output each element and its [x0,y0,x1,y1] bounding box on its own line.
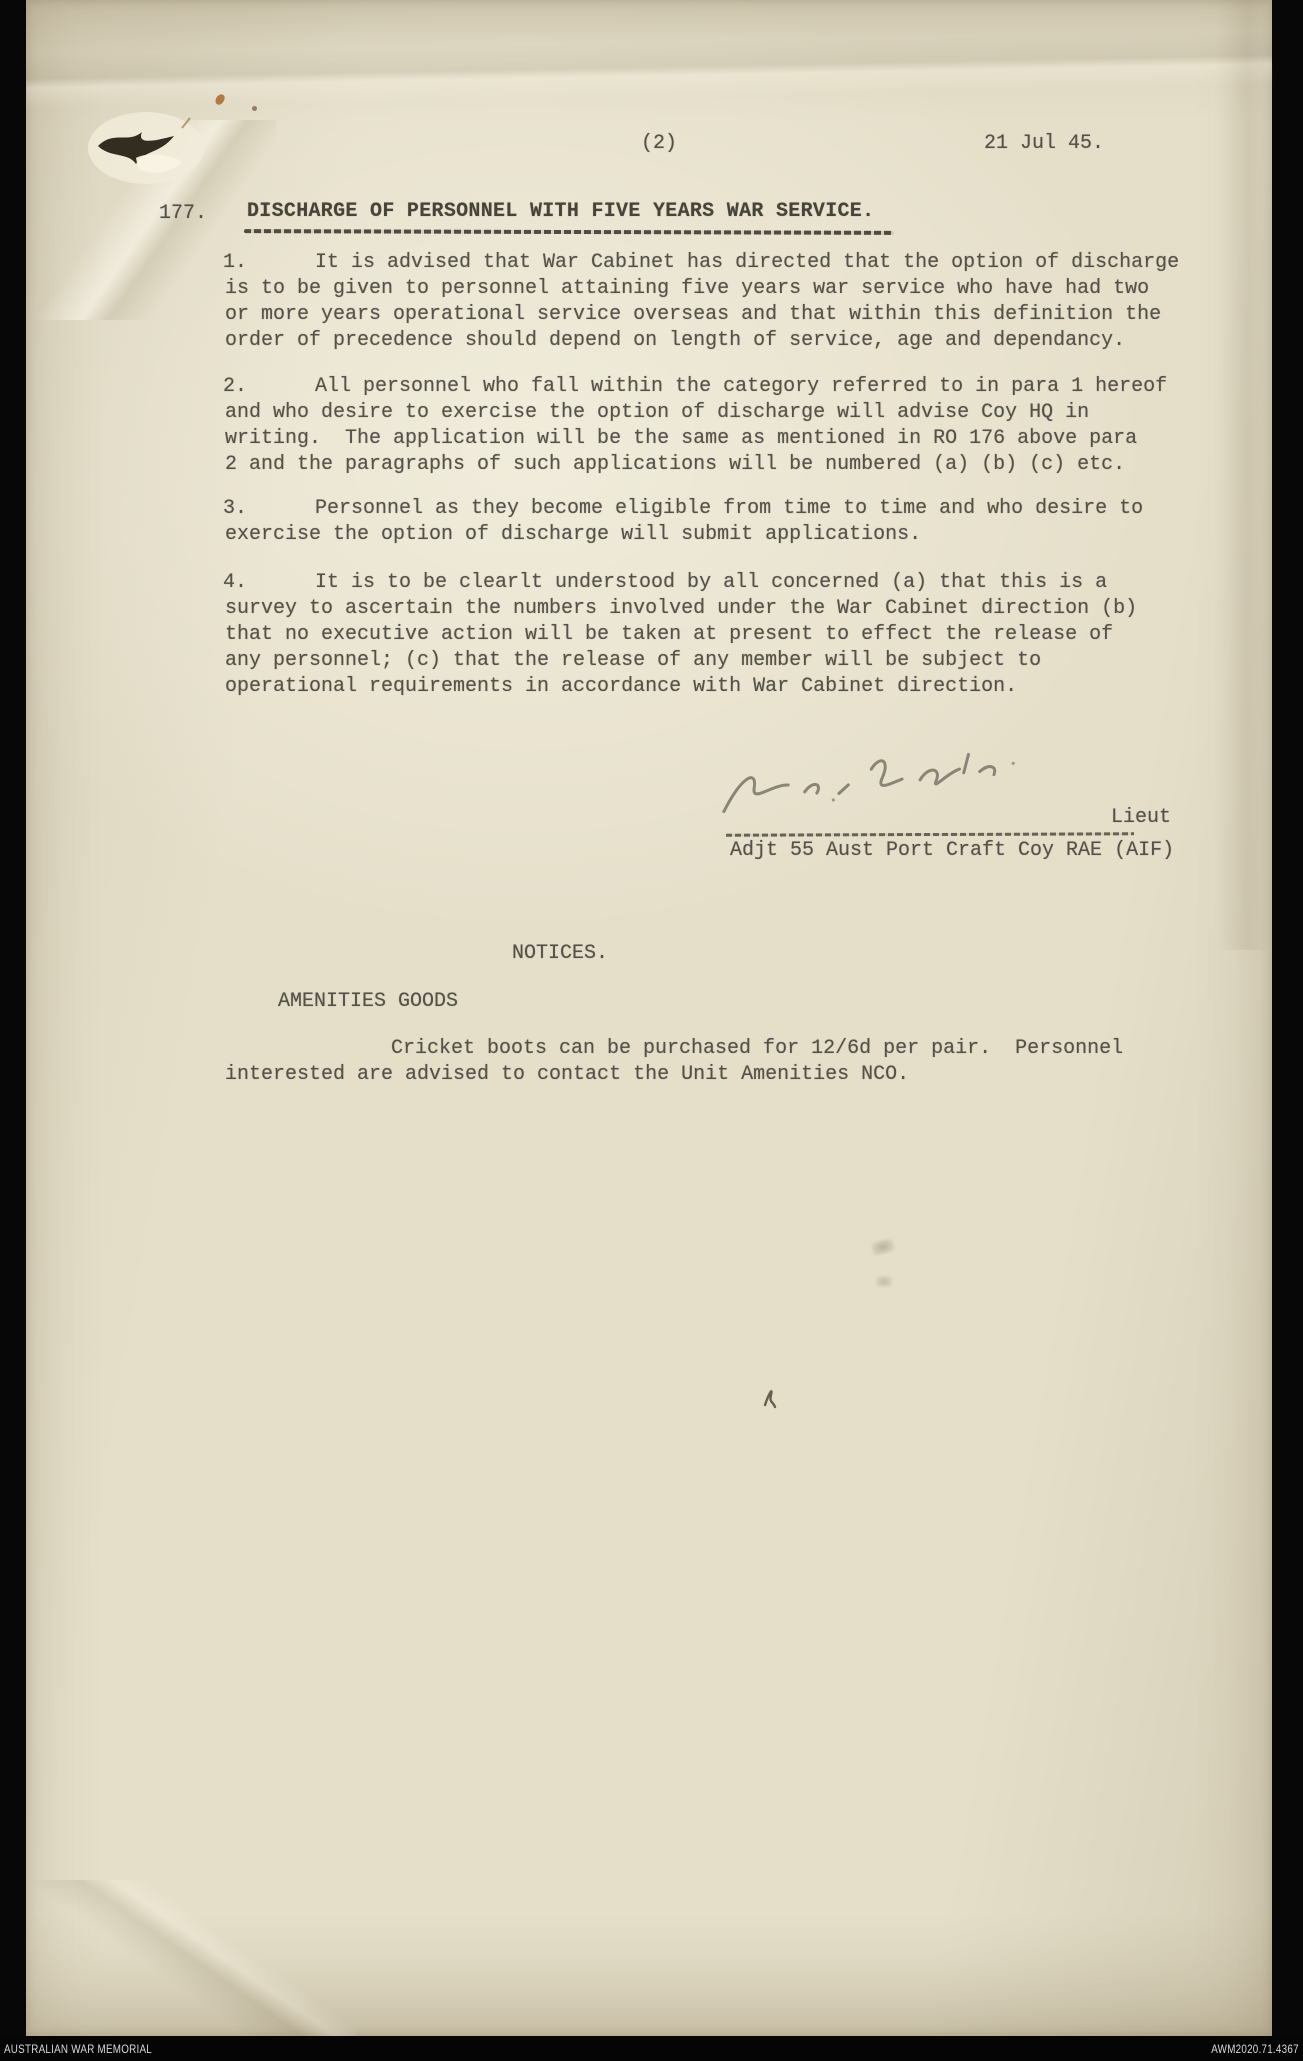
document-date: 21 Jul 45. [984,131,1104,157]
paragraph-1: 1. It is advised that War Cabinet has di… [223,250,1218,354]
paper-stain [252,106,257,111]
signatory-unit-line: Adjt 55 Aust Port Craft Coy RAE (AIF) [730,838,1174,864]
crease-mark [26,1880,356,2036]
page-number: (2) [641,131,677,157]
paragraph-4: 4. It is to be clearlt understood by all… [223,570,1218,700]
paragraph-text: It is advised that War Cabinet has direc… [225,250,1218,354]
torn-hole [82,106,216,194]
crease-mark [26,30,1273,109]
archive-name: AUSTRALIAN WAR MEMORIAL [4,2042,152,2056]
archive-caption-bar: AUSTRALIAN WAR MEMORIAL AWM2020.71.4367 [0,2036,1303,2061]
notices-title: NOTICES. [512,941,608,967]
paragraph-text: Personnel as they become eligible from t… [225,496,1218,548]
order-item-number: 177. [159,201,207,227]
paragraph-text: It is to be clearlt understood by all co… [225,570,1218,700]
signature-rule [726,832,1134,836]
paragraph-2: 2. All personnel who fall within the cat… [223,374,1218,478]
document-page: (2) 21 Jul 45. 177. DISCHARGE OF PERSONN… [26,0,1272,2036]
heading-underline [244,229,894,235]
paragraph-3: 3. Personnel as they become eligible fro… [223,496,1218,548]
notices-subheading: AMENITIES GOODS [278,989,458,1015]
paper-smudge [876,1276,892,1287]
order-heading: DISCHARGE OF PERSONNEL WITH FIVE YEARS W… [247,199,874,225]
scan-background: (2) 21 Jul 45. 177. DISCHARGE OF PERSONN… [0,0,1303,2061]
notices-body: Cricket boots can be purchased for 12/6d… [225,1036,1235,1088]
paper-smudge [871,1237,896,1256]
signatory-rank: Lieut [1111,805,1171,831]
paragraph-text: All personnel who fall within the catego… [225,374,1218,478]
ink-mark [761,1383,779,1411]
crease-mark [1216,0,1272,950]
handwritten-signature [712,736,1065,822]
catalog-number: AWM2020.71.4367 [1211,2042,1299,2056]
